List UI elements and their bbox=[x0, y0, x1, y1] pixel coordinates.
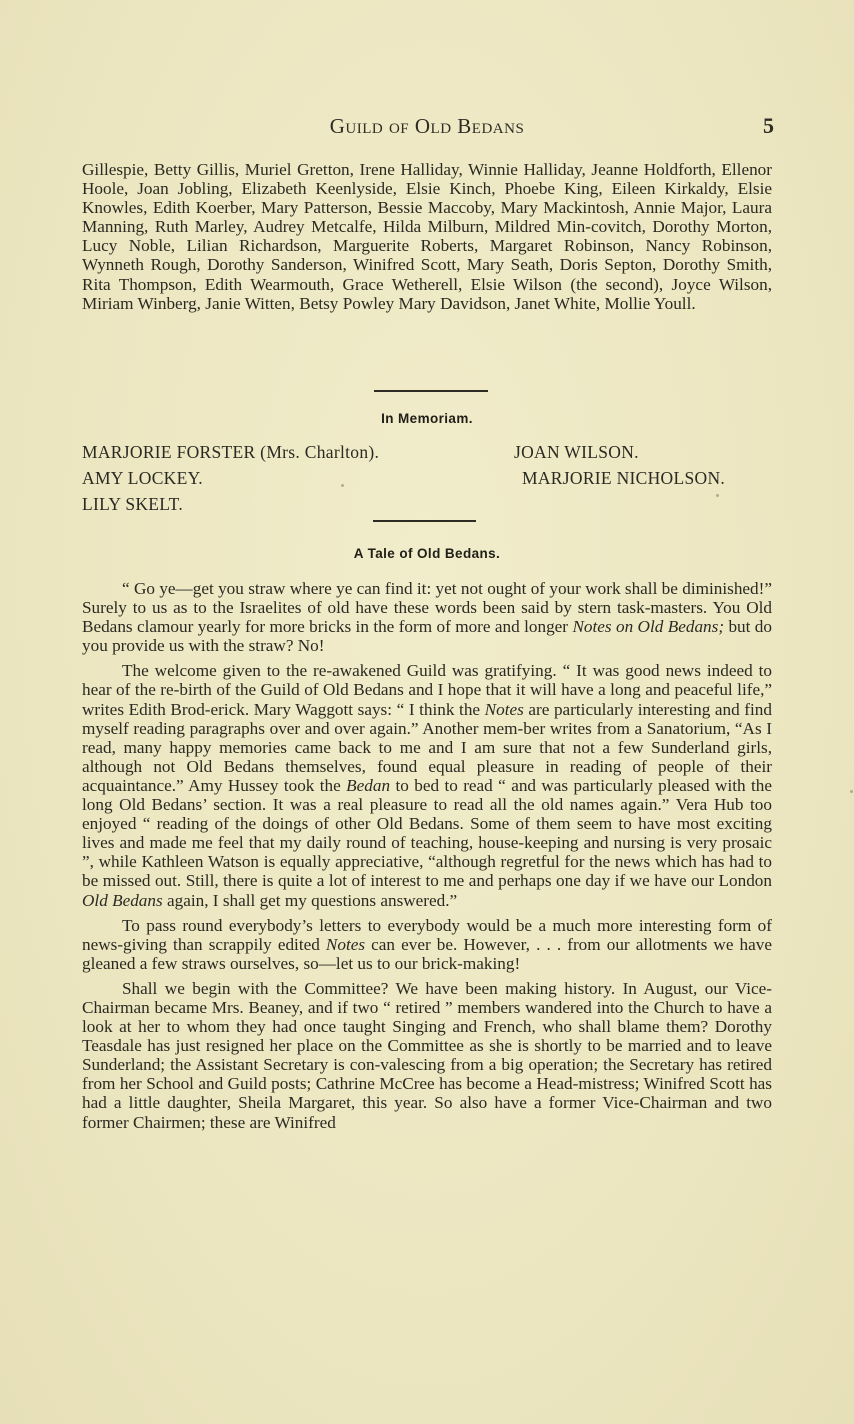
paragraph-text: again, I shall get my questions answered… bbox=[163, 891, 458, 910]
memoriam-name: JOAN WILSON. bbox=[514, 440, 639, 465]
italic-title: Notes bbox=[485, 700, 524, 719]
italic-title: Bedan bbox=[346, 776, 390, 795]
italic-title: Notes bbox=[326, 935, 365, 954]
section-divider bbox=[374, 390, 488, 392]
paper-speck bbox=[850, 790, 853, 793]
memoriam-name: AMY LOCKEY. bbox=[82, 466, 203, 491]
article-heading: A Tale of Old Bedans. bbox=[82, 546, 772, 561]
article-paragraph: “ Go ye—get you straw where ye can find … bbox=[82, 579, 772, 655]
section-divider bbox=[373, 520, 476, 522]
running-header: Guild of Old Bedans 5 bbox=[82, 114, 772, 142]
memoriam-name: MARJORIE FORSTER (Mrs. Charlton). bbox=[82, 440, 379, 465]
paper-speck bbox=[341, 484, 344, 487]
italic-title: Old Bedans bbox=[82, 891, 163, 910]
paper-speck bbox=[716, 494, 719, 497]
page-number: 5 bbox=[763, 113, 774, 139]
memoriam-name: LILY SKELT. bbox=[82, 492, 183, 517]
article-paragraph: To pass round everybody’s letters to eve… bbox=[82, 916, 772, 973]
article-body: “ Go ye—get you straw where ye can find … bbox=[82, 579, 772, 1132]
italic-title: Notes on Old Bedans; bbox=[572, 617, 724, 636]
paragraph-text: Shall we begin with the Committee? We ha… bbox=[82, 979, 772, 1132]
article-paragraph: The welcome given to the re-awakened Gui… bbox=[82, 661, 772, 909]
memoriam-name: MARJORIE NICHOLSON. bbox=[522, 466, 725, 491]
in-memoriam-heading: In Memoriam. bbox=[82, 411, 772, 426]
old-bedans-names-list: Gillespie, Betty Gillis, Muriel Gretton,… bbox=[82, 160, 772, 313]
article-paragraph: Shall we begin with the Committee? We ha… bbox=[82, 979, 772, 1132]
running-title: Guild of Old Bedans bbox=[82, 114, 772, 139]
